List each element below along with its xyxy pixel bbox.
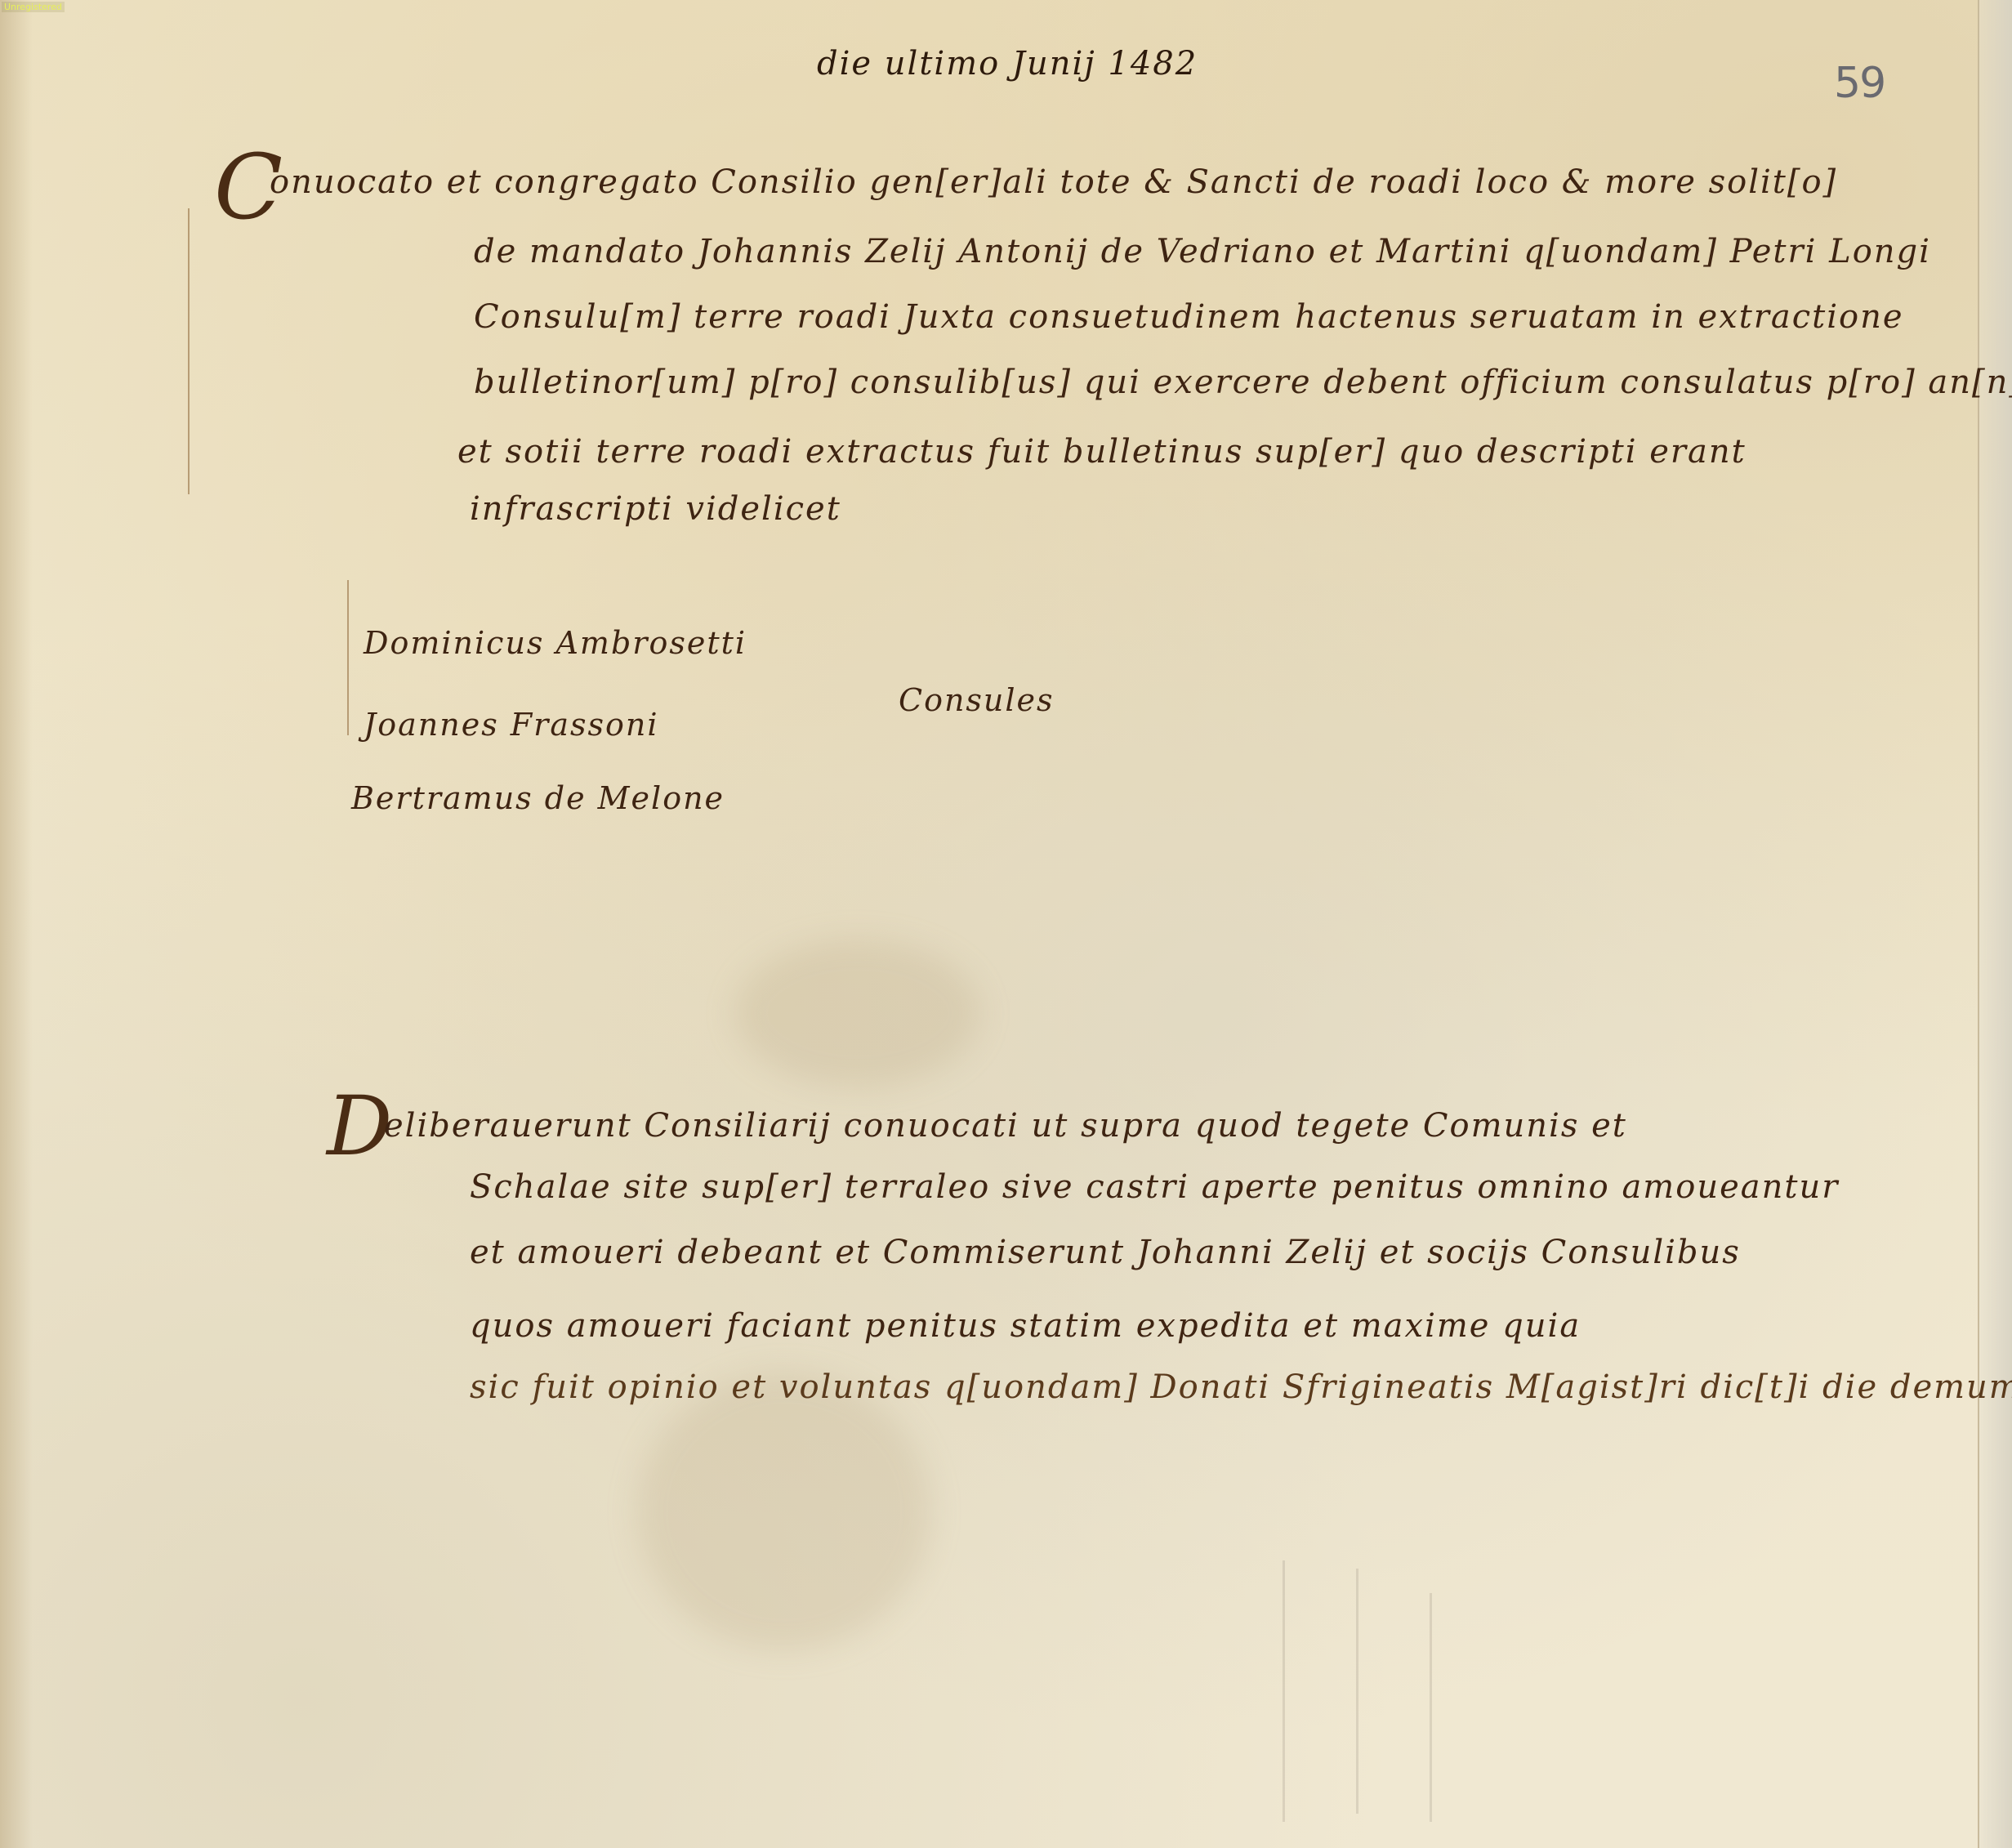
text-line: bulletinor[um] p[ro] consulib[us] qui ex… <box>474 364 2012 401</box>
text-line: Consulu[m] terre roadi Juxta consuetudin… <box>474 298 1904 336</box>
bracket-rule <box>347 580 349 735</box>
bleed-through-mark <box>1283 1560 1285 1822</box>
consul-name: Dominicus Ambrosetti <box>364 625 747 661</box>
bleed-through-mark <box>1430 1593 1432 1822</box>
text-line: eliberauerunt Consiliarij conuocati ut s… <box>384 1107 1627 1145</box>
consul-name: Bertramus de Melone <box>351 780 725 816</box>
margin-rule <box>188 208 190 494</box>
drop-initial: D <box>327 1078 392 1174</box>
unregistered-watermark: Unregistered <box>2 2 65 12</box>
page-edge-right <box>1978 0 2012 1848</box>
text-line: Schalae site sup[er] terraleo sive castr… <box>470 1168 1839 1206</box>
bleed-through-mark <box>1356 1569 1358 1814</box>
text-line: et sotii terre roadi extractus fuit bull… <box>457 433 1747 471</box>
page-edge-left <box>0 0 33 1848</box>
text-line: sic fuit opinio et voluntas q[uondam] Do… <box>470 1368 2012 1406</box>
water-stain <box>637 1373 931 1650</box>
text-line: onuocato et congregato Consilio gen[er]a… <box>270 163 1837 201</box>
text-line: quos amoueri faciant penitus statim expe… <box>470 1307 1581 1345</box>
text-line: de mandato Johannis Zelij Antonij de Ved… <box>474 233 1931 270</box>
water-stain <box>735 940 980 1087</box>
consul-name: Joannes Frassoni <box>364 707 658 743</box>
text-line: et amoueri debeant et Commiserunt Johann… <box>470 1234 1741 1271</box>
folio-number: 59 <box>1834 59 1885 108</box>
consules-label: Consules <box>899 682 1055 718</box>
text-line: infrascripti videlicet <box>470 490 841 528</box>
date-heading: die ultimo Junij 1482 <box>817 45 1198 83</box>
